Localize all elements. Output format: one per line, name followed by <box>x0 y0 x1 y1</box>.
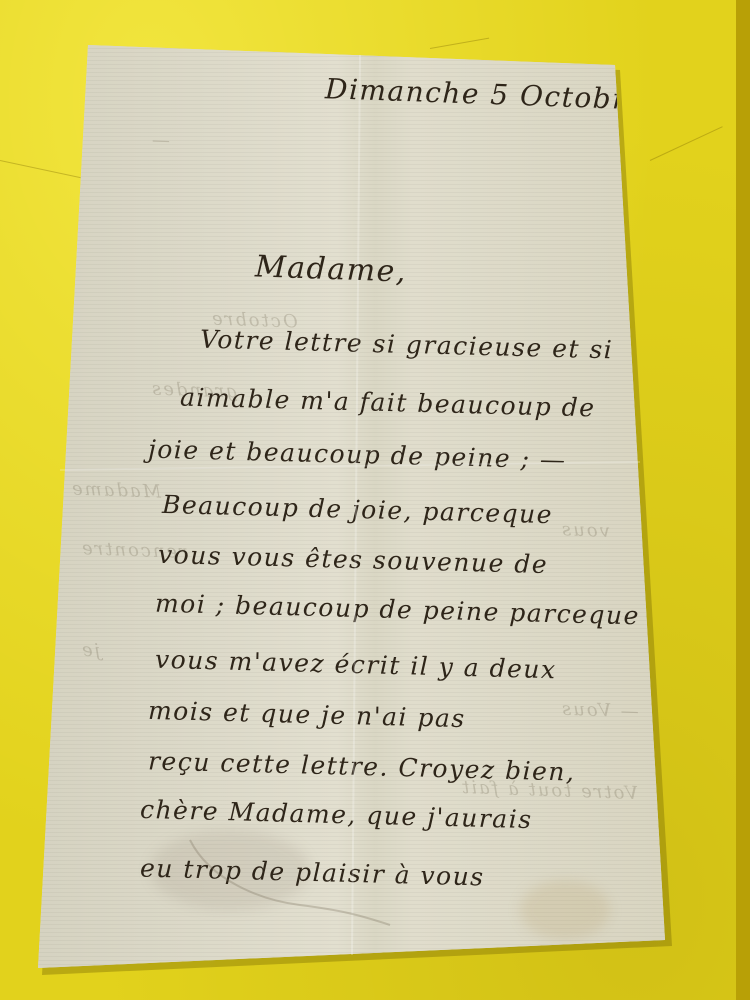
backing-crease <box>430 38 489 49</box>
backing-crease <box>0 160 88 180</box>
letter-body-line: vous vous êtes souvenue de <box>158 540 549 579</box>
letter-body-line: aimable m'a fait beaucoup de <box>180 383 596 423</box>
letter-sheet: — Octobre grandes Madame vous rencontre … <box>0 0 750 1000</box>
bleed-through-text: je <box>80 640 101 662</box>
letter-dateline: Dimanche 5 Octobre, <box>325 72 657 117</box>
bleed-through-text: vous <box>560 519 611 542</box>
letter-body-line: vous m'avez écrit il y a deux <box>155 645 557 685</box>
letter-body-line: Votre lettre si gracieuse et si <box>200 325 614 365</box>
letter-body-line: joie et beaucoup de peine ; — <box>148 435 567 475</box>
backing-crease <box>650 126 723 161</box>
letter-body-line: mois et que je n'ai pas <box>148 696 466 733</box>
letter-body-line: chère Madame, que j'aurais <box>140 795 533 834</box>
letter-salutation: Madame, <box>254 249 407 289</box>
paper-stain <box>520 880 610 940</box>
bleed-through-text: — <box>150 130 171 152</box>
letter-body-line: reçu cette lettre. Croyez bien, <box>148 746 576 786</box>
bleed-through-text: Madame <box>70 478 162 502</box>
bleed-through-text: — Vous <box>560 699 639 723</box>
yellow-backing-edge <box>736 0 750 1000</box>
letter-body-line: Beaucoup de joie, parceque <box>162 490 554 529</box>
letter-body-line: moi ; beaucoup de peine parceque <box>155 589 641 631</box>
